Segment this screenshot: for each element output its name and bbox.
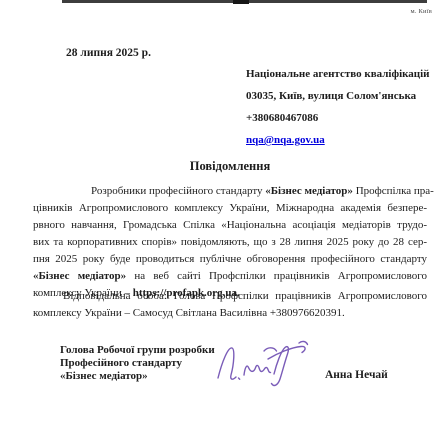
document-title: Повідомлення <box>33 159 427 174</box>
recipient-address-line: 03035, Київ, вулиця Солом'янська <box>246 85 430 107</box>
signatory-name: Анна Нечай <box>325 369 388 381</box>
body-text-line: Відповідальна особа: Голова Профспілки п… <box>33 288 427 305</box>
body-text-line: вих та корпоративних спорів» повідомляют… <box>33 234 427 251</box>
handwritten-signature-icon <box>210 338 312 388</box>
signatory-role-line: Професійного стандарту <box>60 357 215 370</box>
recipient-email-link[interactable]: nqa@nqa.gov.ua <box>246 134 325 146</box>
body-text-line: пня 2025 року буде проводиться публічне … <box>33 251 427 268</box>
signatory-role-block: Голова Робочої групи розробки Професійно… <box>60 344 215 383</box>
body-paragraph-announcement: Розробники професійного стандарту «Бізне… <box>33 183 427 302</box>
body-text-line: комплексу України – Самосуд Світлана Вас… <box>33 305 427 322</box>
page-top-border-mark <box>233 0 249 4</box>
recipient-phone-line: +380680467086 <box>246 107 430 129</box>
document-page: м. Київ 28 липня 2025 р. Національне аге… <box>0 0 440 440</box>
body-paragraph-contact: Відповідальна особа: Голова Профспілки п… <box>33 288 427 322</box>
recipient-email-line: nqa@nqa.gov.ua <box>246 129 430 151</box>
body-text-line: «Бізнес медіатор» на веб сайті Профспілк… <box>33 268 427 285</box>
signatory-role-line: «Бізнес медіатор» <box>60 370 215 383</box>
signatory-role-line: Голова Робочої групи розробки <box>60 344 215 357</box>
recipient-org-line: Національне агентство кваліфікацій <box>246 63 430 85</box>
body-text-line: рвного навчання, Громадська Спілка «Наці… <box>33 217 427 234</box>
recipient-block: Національне агентство кваліфікацій 03035… <box>246 63 430 151</box>
body-text-line: цівників Агропромислового комплексу Укра… <box>33 200 427 217</box>
body-text-line: Розробники професійного стандарту «Бізне… <box>33 183 427 200</box>
city-label: м. Київ <box>411 8 432 15</box>
date-line: 28 липня 2025 р. <box>66 47 151 59</box>
